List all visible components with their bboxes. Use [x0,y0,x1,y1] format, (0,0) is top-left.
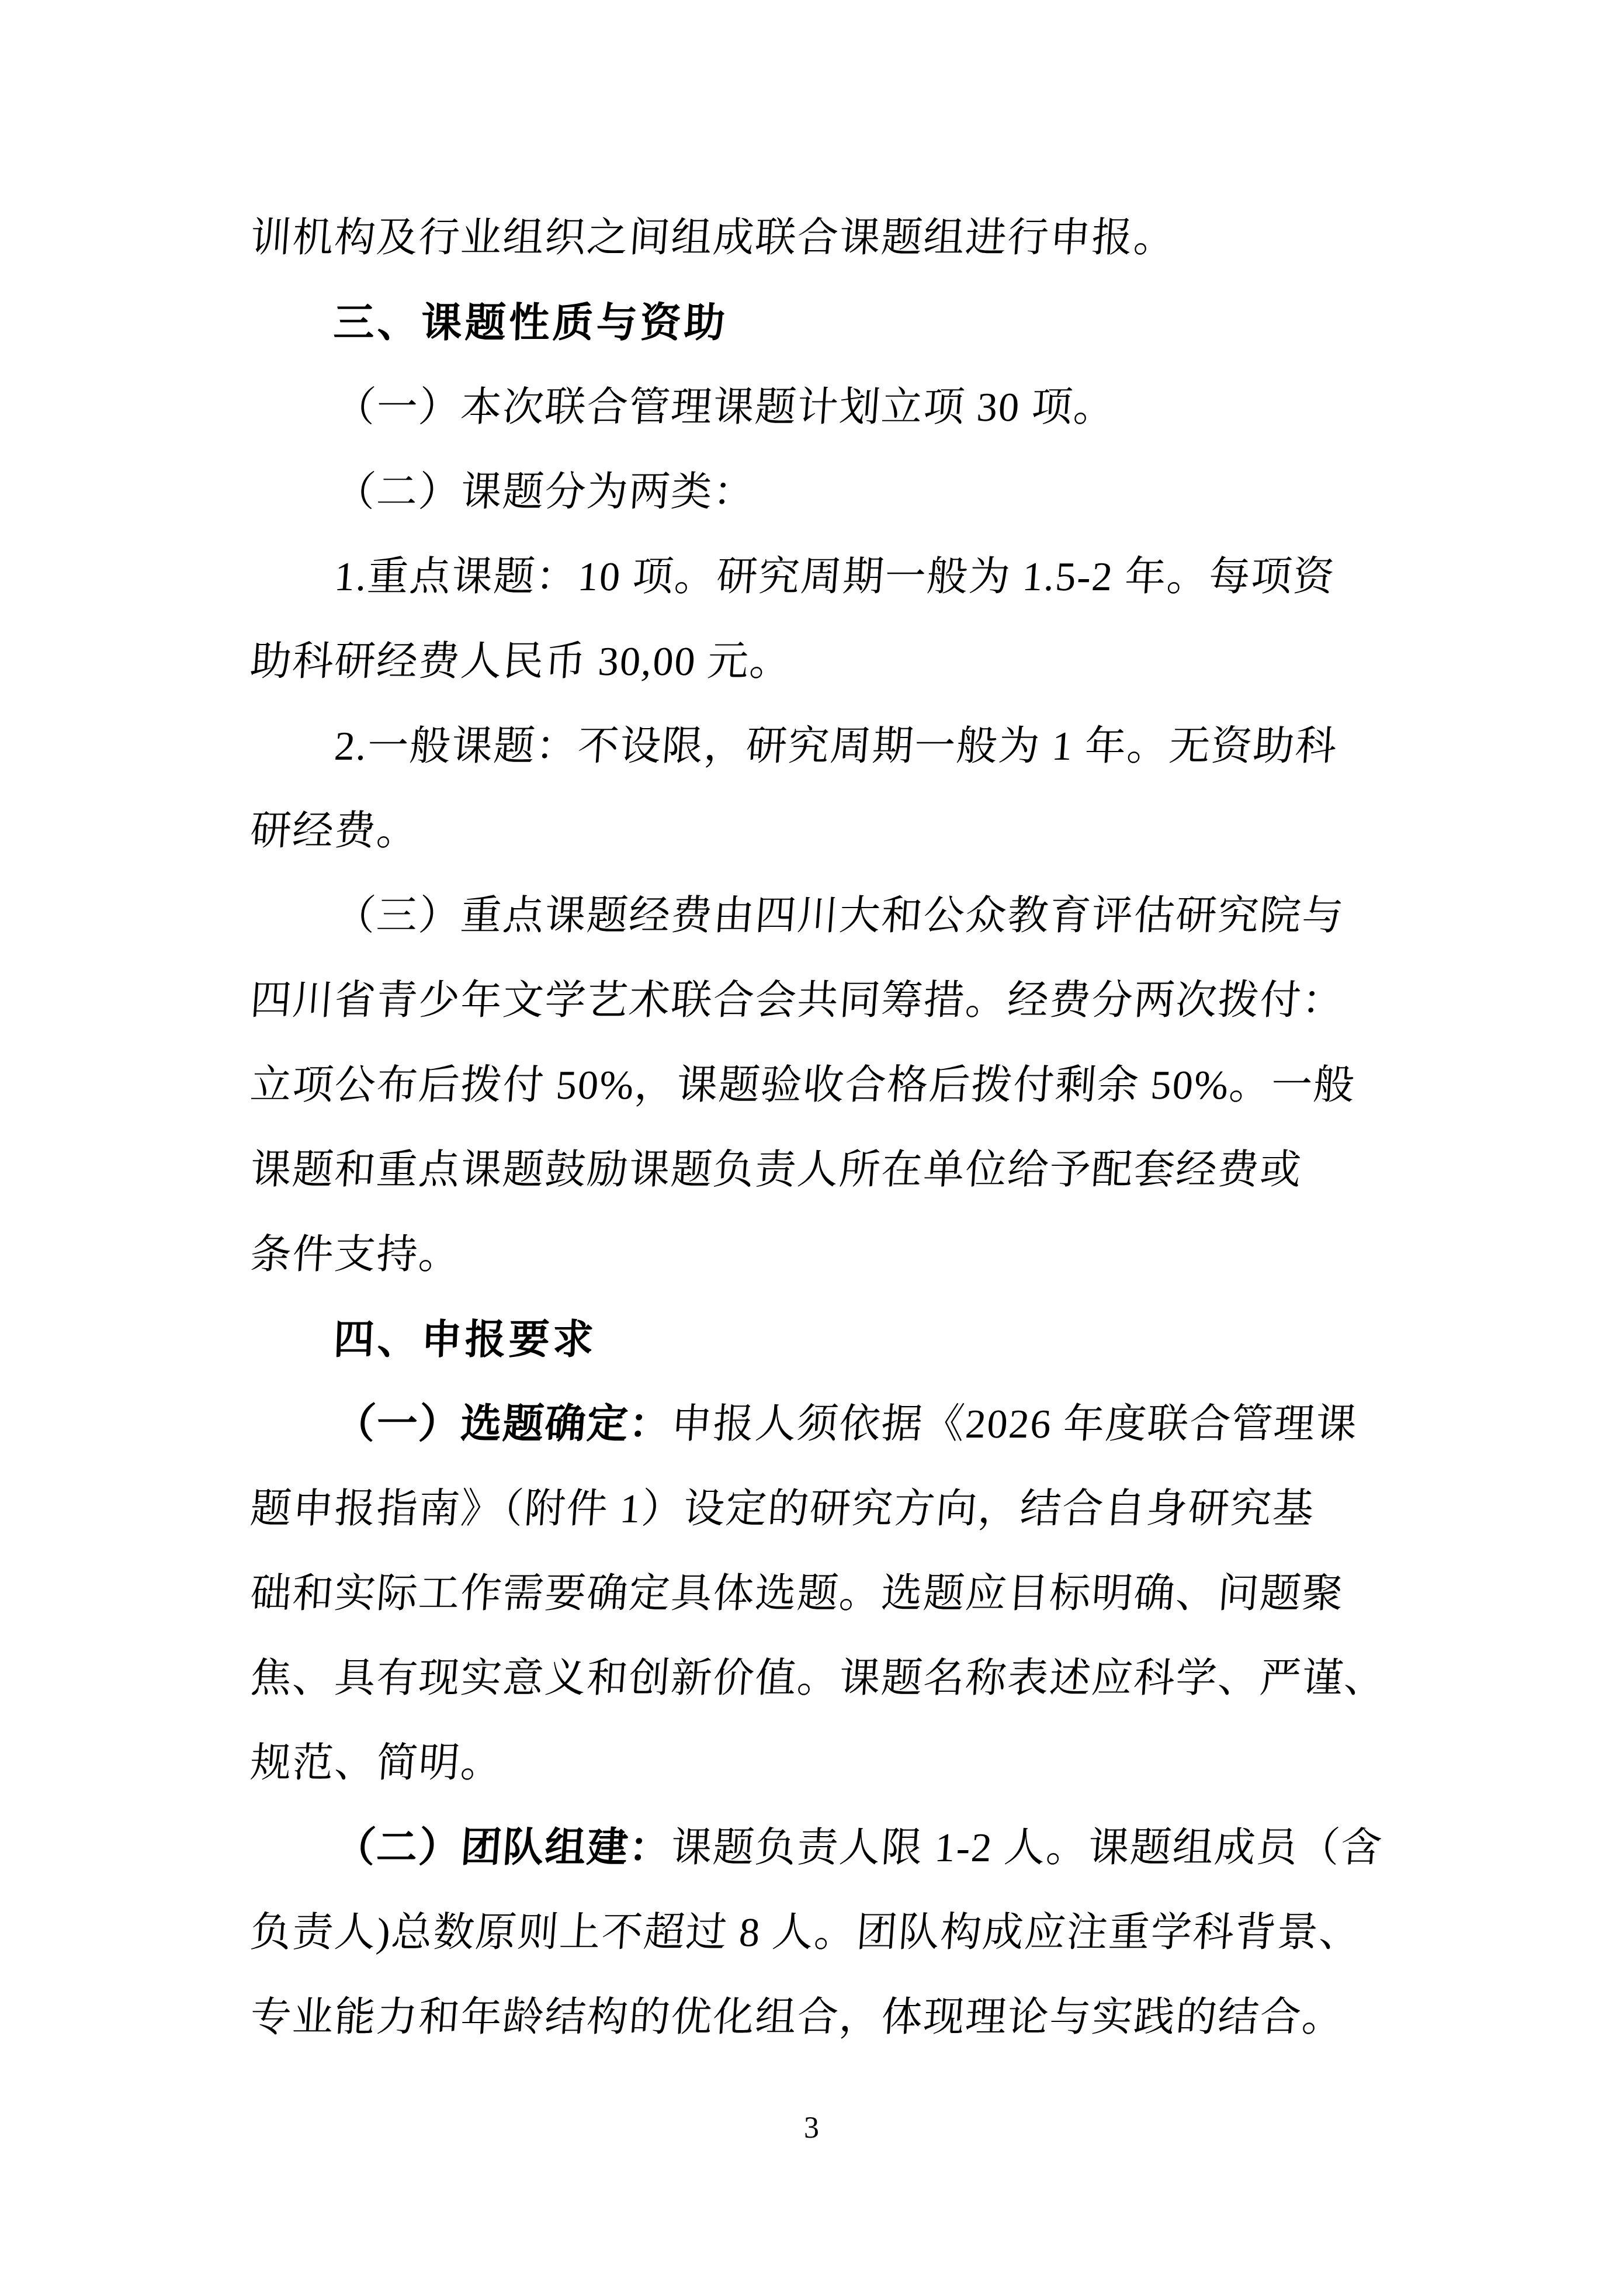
para-line: （二）课题分为两类： [247,450,1392,535]
para-line: 条件支持。 [247,1213,1392,1297]
para-line: 焦、具有现实意义和创新价值。课题名称表述应科学、严谨、 [247,1636,1392,1721]
para-line: 2.一般课题：不设限，研究周期一般为 1 年。无资助科 [247,704,1392,789]
para-line: 础和实际工作需要确定具体选题。选题应目标明确、问题聚 [247,1552,1392,1636]
bold-run-team-building: （二）团队组建： [333,1826,672,1871]
para-line: 负责人)总数原则上不超过 8 人。团队构成应注重学科背景、 [247,1890,1392,1975]
document-body: 训机构及行业组织之间组成联合课题组进行申报。 三、课题性质与资助 （一）本次联合… [248,196,1388,2060]
para-line: （二）团队组建：课题负责人限 1-2 人。课题组成员（含 [247,1806,1392,1890]
para-line: （三）重点课题经费由四川大和公众教育评估研究院与 [247,874,1392,958]
page-number: 3 [0,2111,1623,2146]
para-line: 立项公布后拨付 50%，课题验收合格后拨付剩余 50%。一般 [247,1043,1392,1128]
para-line: 研经费。 [247,789,1392,874]
para-line: 助科研经费人民币 30,00 元。 [247,619,1392,704]
para-line: 专业能力和年龄结构的优化组合，体现理论与实践的结合。 [247,1975,1392,2060]
heading-section-3: 三、课题性质与资助 [248,280,1390,365]
para-line: 规范、简明。 [247,1721,1392,1806]
para-line: 课题和重点课题鼓励课题负责人所在单位给予配套经费或 [247,1128,1392,1213]
para-line: （一）选题确定：申报人须依据《2026 年度联合管理课 [247,1382,1392,1467]
bold-run-topic-selection: （一）选题确定： [333,1402,672,1447]
para-line: 题申报指南》（附件 1）设定的研究方向，结合自身研究基 [247,1467,1392,1552]
para-continuation-line: 训机构及行业组织之间组成联合课题组进行申报。 [247,196,1392,280]
text-run: 课题负责人限 1-2 人。课题组成员（含 [670,1826,1385,1871]
heading-section-4: 四、申报要求 [248,1297,1390,1382]
para-line: 1.重点课题：10 项。研究周期一般为 1.5-2 年。每项资 [247,535,1392,619]
para-line: （一）本次联合管理课题计划立项 30 项。 [247,365,1392,450]
document-page: 训机构及行业组织之间组成联合课题组进行申报。 三、课题性质与资助 （一）本次联合… [0,0,1623,2296]
text-run: 申报人须依据《2026 年度联合管理课 [670,1402,1360,1447]
para-line: 四川省青少年文学艺术联合会共同筹措。经费分两次拨付： [247,958,1392,1043]
